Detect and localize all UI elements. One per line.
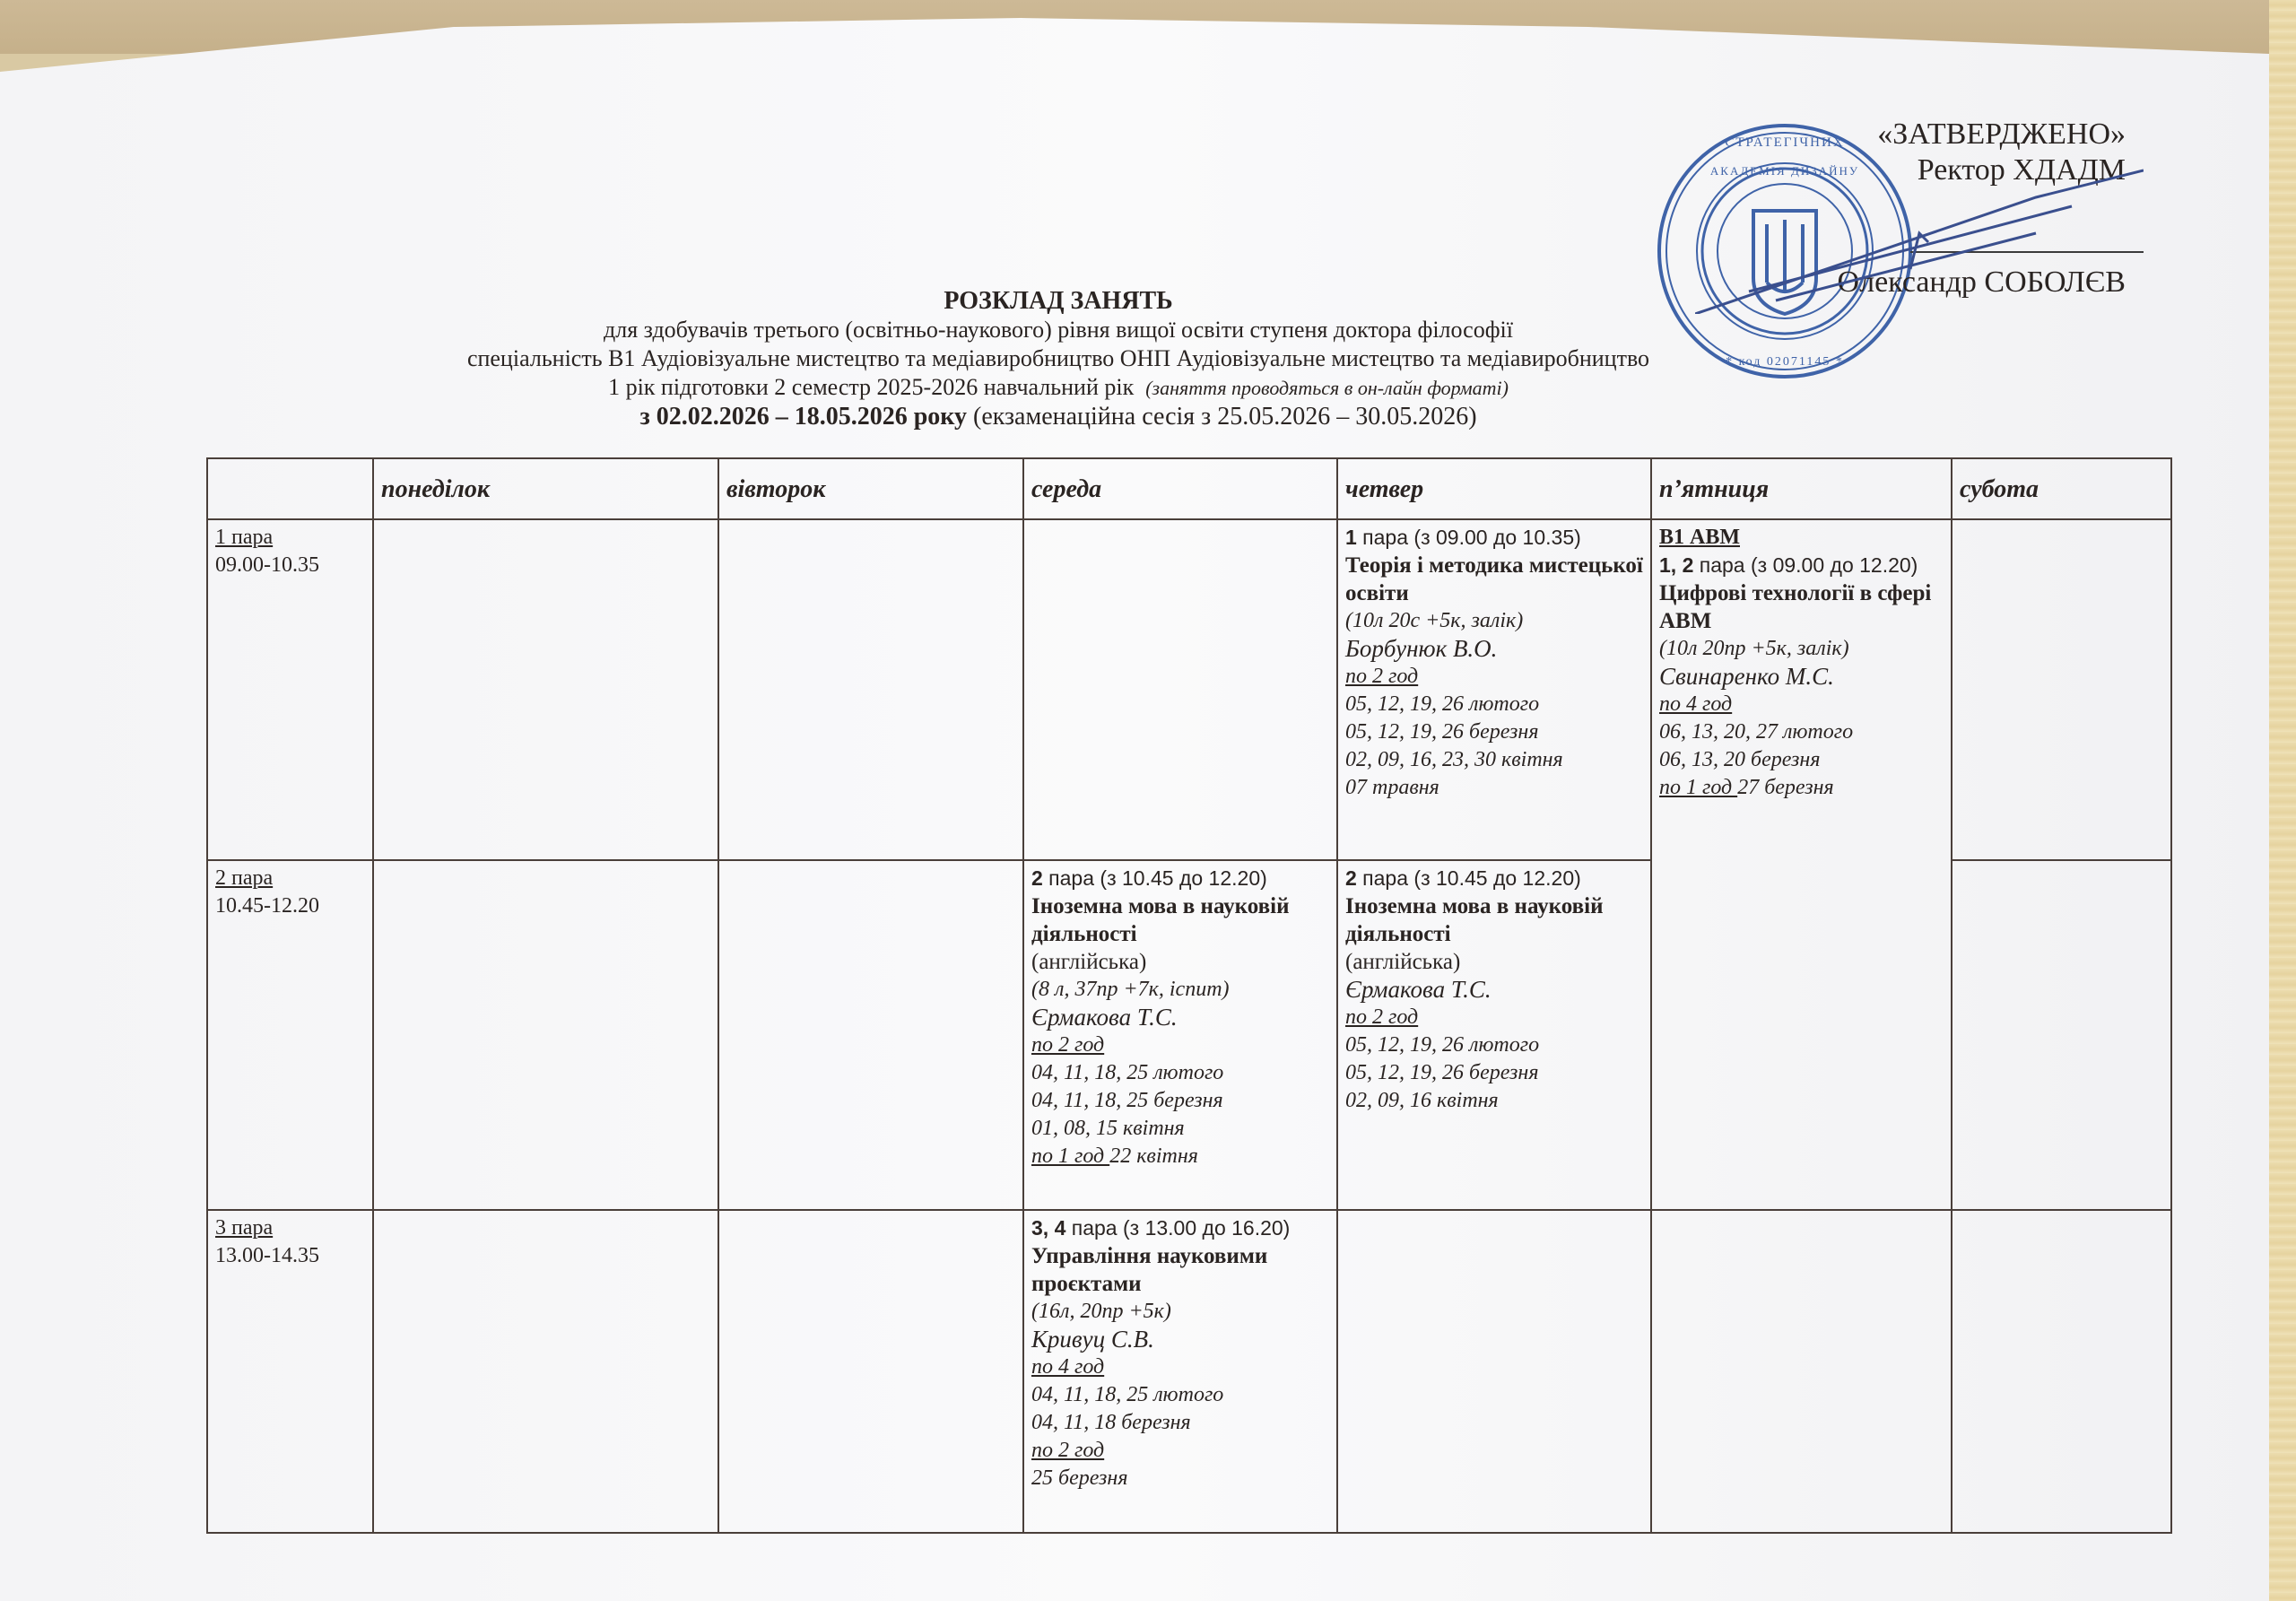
lesson-hours: (8 л, 37пр +7к, іспит) [1031, 976, 1331, 1004]
day-header-wednesday: середа [1023, 458, 1337, 519]
cell-tue-1 [718, 519, 1023, 860]
exam-session: (екзаменаційна сесія з 25.05.2026 – 30.0… [973, 403, 1477, 431]
period-dates: з 02.02.2026 – 18.05.2026 року [639, 403, 967, 431]
lesson-fri-1-2: В1 АВМ 1, 2 пара (з 09.00 до 12.20) Цифр… [1651, 519, 1952, 1210]
corner-cell [207, 458, 373, 519]
period-line: з 02.02.2026 – 18.05.2026 року (екзамена… [341, 403, 1776, 431]
cell-wed-1 [1023, 519, 1337, 860]
lesson-subject: Теорія і методика мистецької освіти [1345, 552, 1645, 607]
table-row: 1 пара 09.00-10.35 1 пара (з 09.00 до 10… [207, 519, 2171, 860]
day-header-thursday: четвер [1337, 458, 1651, 519]
row-label-2: 2 пара 10.45-12.20 [207, 860, 373, 1210]
lesson-wed-3-4: 3, 4 пара (з 13.00 до 16.20) Управління … [1023, 1210, 1337, 1533]
heading-line-1: для здобувачів третього (освітньо-науков… [341, 316, 1776, 344]
heading-line-3: 1 рік підготовки 2 семестр 2025-2026 нав… [341, 373, 1776, 403]
lesson-thu-2: 2 пара (з 10.45 до 12.20) Іноземна мова … [1337, 860, 1651, 1210]
lesson-teacher: Свинаренко М.С. [1659, 663, 1945, 691]
lesson-thu-1: 1 пара (з 09.00 до 10.35) Теорія і метод… [1337, 519, 1651, 860]
lesson-teacher: Єрмакова Т.С. [1345, 976, 1645, 1004]
document-title: РОЗКЛАД ЗАНЯТЬ [341, 287, 1776, 316]
cell-thu-3 [1337, 1210, 1651, 1533]
day-header-tuesday: вівторок [718, 458, 1023, 519]
lesson-teacher: Борбунюк В.О. [1345, 635, 1645, 663]
lesson-teacher: Кривуц С.В. [1031, 1326, 1331, 1353]
study-year: 1 рік підготовки 2 семестр 2025-2026 нав… [608, 374, 1134, 400]
lesson-teacher: Єрмакова Т.С. [1031, 1004, 1331, 1031]
table-row: 3 пара 13.00-14.35 3, 4 пара (з 13.00 до… [207, 1210, 2171, 1533]
online-note: (заняття проводяться в он-лайн форматі) [1145, 377, 1509, 399]
background-table-edge [2269, 0, 2296, 1601]
schedule-table: понеділок вівторок середа четвер п’ятниц… [206, 457, 2172, 1534]
lesson-hours: (16л, 20пр +5к) [1031, 1298, 1331, 1326]
lesson-subject: Іноземна мова в науковій діяльності [1345, 892, 1645, 948]
day-header-monday: понеділок [373, 458, 718, 519]
cell-sat-2 [1952, 860, 2171, 1210]
cell-sat-1 [1952, 519, 2171, 860]
cell-sat-3 [1952, 1210, 2171, 1533]
day-header-saturday: субота [1952, 458, 2171, 519]
lesson-hours: (10л 20пр +5к, залік) [1659, 635, 1945, 663]
cell-mon-3 [373, 1210, 718, 1533]
day-header-friday: п’ятниця [1651, 458, 1952, 519]
lesson-subject: Іноземна мова в науковій діяльності [1031, 892, 1331, 948]
cell-tue-3 [718, 1210, 1023, 1533]
lesson-subject: Управління науковими проєктами [1031, 1242, 1331, 1298]
lesson-subject: Цифрові технології в сфері АВМ [1659, 579, 1945, 635]
table-header-row: понеділок вівторок середа четвер п’ятниц… [207, 458, 2171, 519]
lesson-hours: (10л 20с +5к, залік) [1345, 607, 1645, 635]
heading-line-2: спеціальність В1 Аудіовізуальне мистецтв… [341, 344, 1776, 373]
cell-fri-3 [1651, 1210, 1952, 1533]
cell-tue-2 [718, 860, 1023, 1210]
row-label-3: 3 пара 13.00-14.35 [207, 1210, 373, 1533]
cell-mon-1 [373, 519, 718, 860]
cell-mon-2 [373, 860, 718, 1210]
row-label-1: 1 пара 09.00-10.35 [207, 519, 373, 860]
lesson-wed-2: 2 пара (з 10.45 до 12.20) Іноземна мова … [1023, 860, 1337, 1210]
document-heading: РОЗКЛАД ЗАНЯТЬ для здобувачів третього (… [341, 287, 1776, 431]
group-label: В1 АВМ [1659, 524, 1945, 552]
